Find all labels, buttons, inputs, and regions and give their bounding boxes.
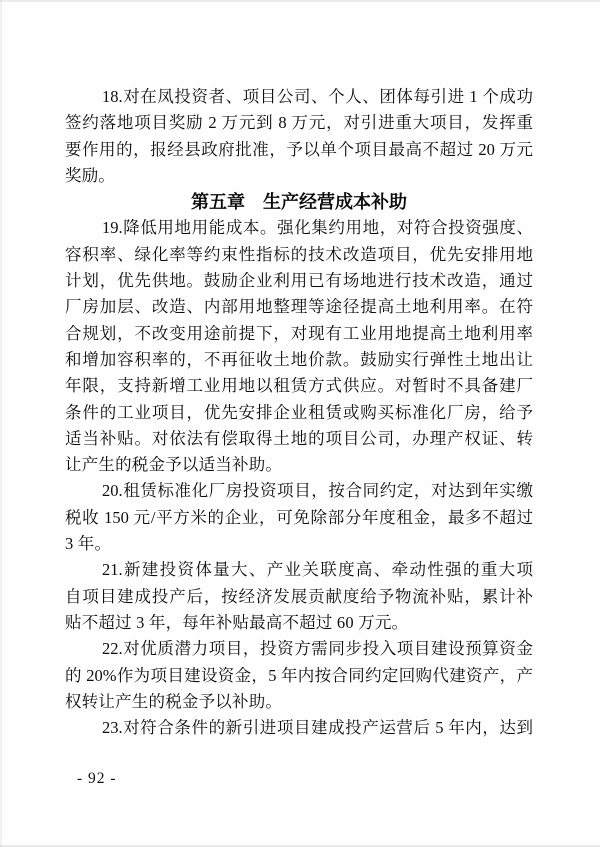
text-line: 要作用的，报经县政府批准，予以单个项目最高不超过 20 万元 (65, 137, 533, 163)
item-23: 23.对符合条件的新引进项目建成投产运营后 5 年内，达到 (65, 715, 533, 741)
page-number: - 92 - (77, 770, 117, 788)
chapter-5-heading: 第五章 生产经营成本补助 (65, 189, 533, 215)
text-line: 年限，支持新增工业用地以租赁方式供应。对暂时不具备建厂 (65, 373, 533, 399)
document-page: 18.对在凤投资者、项目公司、个人、团体每引进 1 个成功签约落地项目奖励 2 … (0, 0, 600, 847)
text-line: 23.对符合条件的新引进项目建成投产运营后 5 年内，达到 (65, 715, 533, 741)
text-line: 容积率、绿化率等约束性指标的技术改造项目，优先安排用地 (65, 242, 533, 268)
item-21: 21.新建投资体量大、产业关联度高、牵动性强的重大项目，自项目建成投产后，按经济… (65, 557, 533, 636)
text-line: 21.新建投资体量大、产业关联度高、牵动性强的重大项目， (65, 557, 533, 583)
text-line: 适当补贴。对依法有偿取得土地的项目公司，办理产权证、转 (65, 426, 533, 452)
item-19: 19.降低用地用能成本。强化集约用地，对符合投资强度、容积率、绿化率等约束性指标… (65, 215, 533, 478)
text-line: 的 20%作为项目建设资金，5 年内按合同约定回购代建资产，产 (65, 663, 533, 689)
document-body: 18.对在凤投资者、项目公司、个人、团体每引进 1 个成功签约落地项目奖励 2 … (65, 84, 533, 741)
text-line: 权转让产生的税金予以补助。 (65, 689, 533, 715)
text-line: 税收 150 元/平方米的企业，可免除部分年度租金，最多不超过 (65, 505, 533, 531)
text-line: 贴不超过 3 年，每年补贴最高不超过 60 万元。 (65, 610, 533, 636)
text-line: 计划，优先供地。鼓励企业利用已有场地进行技术改造，通过 (65, 268, 533, 294)
text-line: 19.降低用地用能成本。强化集约用地，对符合投资强度、 (65, 215, 533, 241)
item-22: 22.对优质潜力项目，投资方需同步投入项目建设预算资金的 20%作为项目建设资金… (65, 636, 533, 715)
text-line: 奖励。 (65, 163, 533, 189)
text-line: 合规划，不改变用途前提下，对现有工业用地提高土地利用率 (65, 321, 533, 347)
text-line: 20.租赁标准化厂房投资项目，按合同约定，对达到年实缴 (65, 478, 533, 504)
text-line: 条件的工业项目，优先安排企业租赁或购买标准化厂房，给予 (65, 400, 533, 426)
scan-edge-top (0, 0, 600, 2)
text-line: 和增加容积率的，不再征收土地价款。鼓励实行弹性土地出让 (65, 347, 533, 373)
text-line: 自项目建成投产后，按经济发展贡献度给予物流补贴，累计补 (65, 584, 533, 610)
item-18: 18.对在凤投资者、项目公司、个人、团体每引进 1 个成功签约落地项目奖励 2 … (65, 84, 533, 189)
text-line: 让产生的税金予以适当补助。 (65, 452, 533, 478)
text-line: 厂房加层、改造、内部用地整理等途径提高土地利用率。在符 (65, 294, 533, 320)
text-line: 18.对在凤投资者、项目公司、个人、团体每引进 1 个成功 (65, 84, 533, 110)
text-line: 22.对优质潜力项目，投资方需同步投入项目建设预算资金 (65, 636, 533, 662)
item-20: 20.租赁标准化厂房投资项目，按合同约定，对达到年实缴税收 150 元/平方米的… (65, 478, 533, 557)
scan-edge-left (0, 0, 2, 847)
text-line: 3 年。 (65, 531, 533, 557)
text-line: 签约落地项目奖励 2 万元到 8 万元，对引进重大项目，发挥重 (65, 110, 533, 136)
